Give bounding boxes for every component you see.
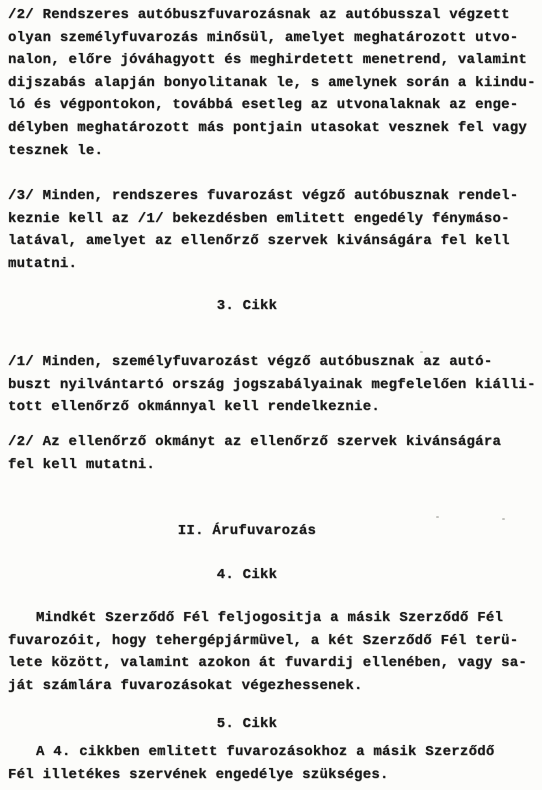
text-line: Mindkét Szerződő Fél feljogositja a mási…	[8, 607, 538, 630]
paragraph-article-4-body: Mindkét Szerződő Fél feljogositja a mási…	[8, 607, 538, 697]
text-line: /3/ Minden, rendszeres fuvarozást végző …	[8, 185, 538, 208]
text-line: olyan személyfuvarozás minősül, amelyet …	[8, 27, 538, 50]
scan-speck	[502, 518, 505, 520]
heading-text: 3. Cikk	[8, 295, 486, 318]
heading-article-5: 5. Cikk	[8, 713, 486, 736]
text-line: nalon, előre jóváhagyott és meghirdetett…	[8, 49, 538, 72]
heading-article-3: 3. Cikk	[8, 295, 486, 318]
text-line: buszt nyilvántartó ország jogszabályaina…	[8, 374, 538, 397]
text-line: ló és végpontokon, továbbá esetleg az ut…	[8, 94, 538, 117]
text-line: /2/ Az ellenőrző okmányt az ellenőrző sz…	[8, 431, 538, 454]
text-line: tesznek le.	[8, 140, 538, 163]
text-line: latával, amelyet az ellenőrző szervek ki…	[8, 230, 538, 253]
text-line: Fél illetékes szervének engedélye szüksé…	[8, 764, 538, 787]
paragraph-2-regular-bus-service: /2/ Rendszeres autóbuszfuvarozásnak az a…	[8, 4, 538, 162]
heading-text: 4. Cikk	[8, 564, 486, 587]
scanned-document-page: /2/ Rendszeres autóbuszfuvarozásnak az a…	[0, 0, 542, 790]
text-line: mutatni.	[8, 253, 538, 276]
scan-speck	[436, 516, 439, 518]
heading-text: II. Árufuvarozás	[8, 520, 486, 543]
text-line: tott ellenőrző okmánnyal kell rendelkezn…	[8, 396, 538, 419]
text-line: A 4. cikkben emlitett fuvarozásokhoz a m…	[8, 741, 538, 764]
text-line: /1/ Minden, személyfuvarozást végző autó…	[8, 351, 538, 374]
text-line: ját számlára fuvarozásokat végezhessenek…	[8, 675, 538, 698]
heading-section-ii-freight: II. Árufuvarozás	[8, 520, 486, 543]
text-line: keznie kell az /1/ bekezdésben emlitett …	[8, 208, 538, 231]
paragraph-2-show-document: /2/ Az ellenőrző okmányt az ellenőrző sz…	[8, 431, 538, 476]
paragraph-article-5-body: A 4. cikkben emlitett fuvarozásokhoz a m…	[8, 741, 538, 786]
text-line: lete között, valamint azokon át fuvardij…	[8, 652, 538, 675]
scan-speck	[420, 351, 423, 353]
paragraph-3-permit-photocopy: /3/ Minden, rendszeres fuvarozást végző …	[8, 185, 538, 275]
heading-article-4: 4. Cikk	[8, 564, 486, 587]
text-line: dijszabás alapján bonyolitanak le, s ame…	[8, 72, 538, 95]
text-line: fuvarozóit, hogy tehergépjármüvel, a két…	[8, 630, 538, 653]
heading-text: 5. Cikk	[8, 713, 486, 736]
paragraph-1-control-document: /1/ Minden, személyfuvarozást végző autó…	[8, 351, 538, 419]
text-line: fel kell mutatni.	[8, 454, 538, 477]
text-line: délyben meghatározott más pontjain utaso…	[8, 117, 538, 140]
text-line: /2/ Rendszeres autóbuszfuvarozásnak az a…	[8, 4, 538, 27]
